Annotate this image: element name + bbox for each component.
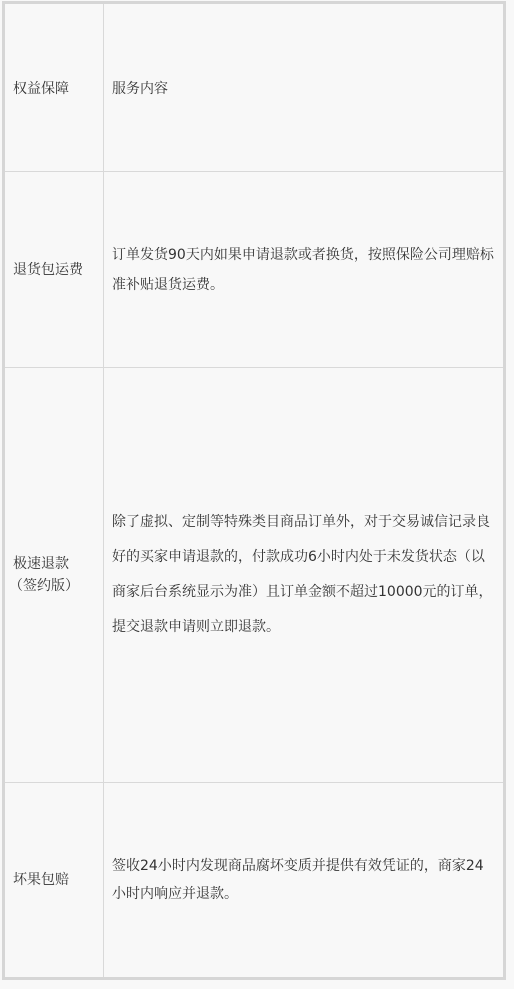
benefit-name: 坏果包赔 (4, 783, 104, 979)
table-row: 退货包运费 订单发货90天内如果申请退款或者换货，按照保险公司理赔标准补贴退货运… (4, 172, 505, 368)
header-benefit: 权益保障 (4, 3, 104, 172)
benefit-name: 退货包运费 (4, 172, 104, 368)
benefit-content: 除了虚拟、定制等特殊类目商品订单外，对于交易诚信记录良好的买家申请退款的，付款成… (104, 368, 505, 783)
table-header-row: 权益保障 服务内容 (4, 3, 505, 172)
benefits-table: 权益保障 服务内容 退货包运费 订单发货90天内如果申请退款或者换货，按照保险公… (2, 1, 506, 980)
benefit-name: 极速退款 (13, 556, 69, 572)
benefit-content: 签收24小时内发现商品腐坏变质并提供有效凭证的，商家24小时内响应并退款。 (104, 783, 505, 979)
table-row: 极速退款 （签约版） 除了虚拟、定制等特殊类目商品订单外，对于交易诚信记录良好的… (4, 368, 505, 783)
header-service-content: 服务内容 (104, 3, 505, 172)
benefit-content: 订单发货90天内如果申请退款或者换货，按照保险公司理赔标准补贴退货运费。 (104, 172, 505, 368)
benefit-name-cell: 极速退款 （签约版） (4, 368, 104, 783)
benefit-name-sub: （签约版） (9, 575, 95, 597)
table-row: 坏果包赔 签收24小时内发现商品腐坏变质并提供有效凭证的，商家24小时内响应并退… (4, 783, 505, 979)
